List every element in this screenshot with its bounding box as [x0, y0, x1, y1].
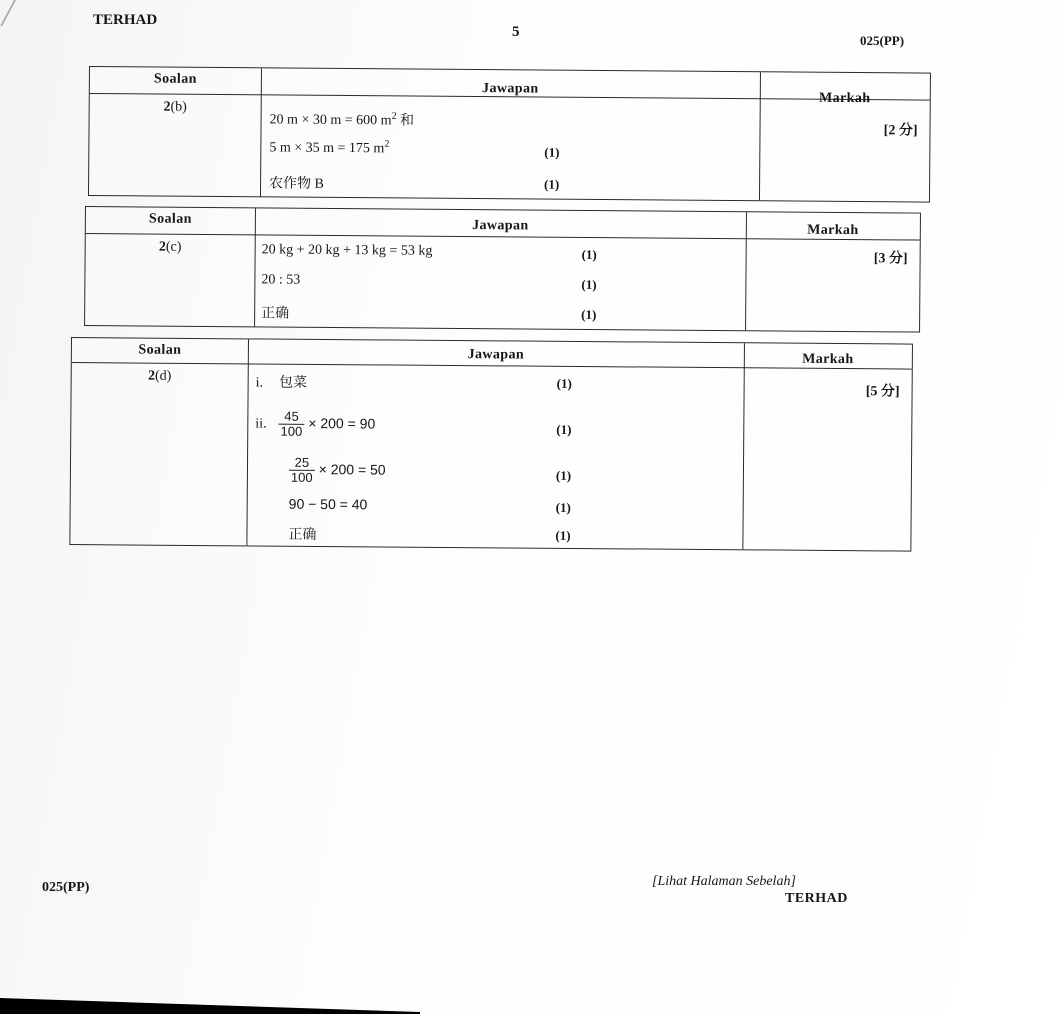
answer-table-2c: Soalan Jawapan Markah 2(c) 20 kg + 20 kg…: [84, 206, 921, 333]
question-id: 2(c): [86, 239, 255, 256]
total-marks: [5 分]: [866, 380, 900, 400]
mark-point: (1): [556, 468, 571, 484]
answer-line: 正确: [261, 302, 289, 322]
header-soalan: Soalan: [86, 211, 255, 228]
header-soalan: Soalan: [90, 71, 261, 88]
exam-answer-page: TERHAD 5 025(PP) Soalan Jawapan Markah 2…: [0, 0, 1063, 1014]
answer-text: 20 m × 30 m = 600 m2 和: [270, 112, 415, 128]
total-marks: [2 分]: [884, 119, 918, 139]
answer-line: 5 m × 35 m = 175 m2: [269, 140, 389, 157]
answer-text: 包菜: [279, 374, 307, 390]
mark-point: (1): [581, 307, 596, 323]
answer-line: 25100× 200 = 50: [289, 456, 386, 486]
mark-point: (1): [544, 177, 559, 193]
answer-text: 20 : 53: [261, 272, 300, 287]
page-corner-mark: [0, 0, 16, 26]
answer-line: 正确: [288, 524, 316, 544]
header-classification: TERHAD: [93, 12, 157, 29]
total-marks: [3 分]: [874, 247, 908, 267]
mark-point: (1): [582, 247, 597, 263]
header-jawapan: Jawapan: [248, 345, 744, 365]
answer-text: 农作物 B: [269, 176, 324, 191]
item-prefix: ii.: [255, 417, 266, 432]
paper-code: 025(PP): [860, 33, 904, 49]
answer-table-2d: Soalan Jawapan Markah 2(d) i.包菜(1)ii.451…: [69, 337, 913, 552]
answer-line: 农作物 B: [269, 172, 324, 192]
header-jawapan: Jawapan: [255, 216, 746, 236]
mark-point: (1): [557, 376, 572, 392]
page-number: 5: [512, 24, 520, 41]
mark-point: (1): [556, 500, 571, 516]
footer-next-page-note: [Lihat Halaman Sebelah]: [652, 874, 796, 890]
mark-point: (1): [555, 528, 570, 544]
answer-table-2b: Soalan Jawapan Markah 2(b) 20 m × 30 m =…: [88, 66, 931, 203]
answer-line: 20 kg + 20 kg + 13 kg = 53 kg: [262, 242, 433, 259]
answer-line: i.包菜: [256, 371, 308, 391]
answer-line: 20 : 53: [261, 272, 300, 288]
header-jawapan: Jawapan: [261, 79, 760, 99]
answer-line: 90 − 50 = 40: [289, 496, 368, 513]
header-markah: Markah: [746, 222, 920, 239]
footer-paper-code: 025(PP): [42, 880, 89, 896]
footer-classification: TERHAD: [785, 891, 848, 907]
scan-shadow-band: [0, 998, 420, 1014]
mark-point: (1): [581, 277, 596, 293]
answer-text: 20 kg + 20 kg + 13 kg = 53 kg: [262, 242, 433, 258]
mark-point: (1): [544, 145, 559, 161]
answer-line: 20 m × 30 m = 600 m2 和: [270, 108, 415, 129]
header-soalan: Soalan: [72, 342, 248, 359]
answer-text: 90 − 50 = 40: [289, 496, 368, 513]
answer-text: 5 m × 35 m = 175 m2: [269, 140, 389, 156]
question-id: 2(d): [72, 368, 248, 385]
answer-text: 正确: [288, 526, 316, 542]
answer-text: × 200 = 50: [319, 461, 386, 478]
answer-line: ii.45100× 200 = 90: [255, 409, 375, 439]
answer-text: × 200 = 90: [308, 415, 375, 432]
answer-text: 正确: [261, 306, 289, 321]
mark-point: (1): [556, 422, 571, 438]
question-id: 2(b): [90, 99, 261, 116]
item-prefix: i.: [256, 375, 264, 390]
fraction: 45100: [278, 410, 304, 439]
header-markah: Markah: [760, 90, 930, 107]
header-markah: Markah: [744, 351, 912, 368]
fraction: 25100: [289, 456, 315, 485]
